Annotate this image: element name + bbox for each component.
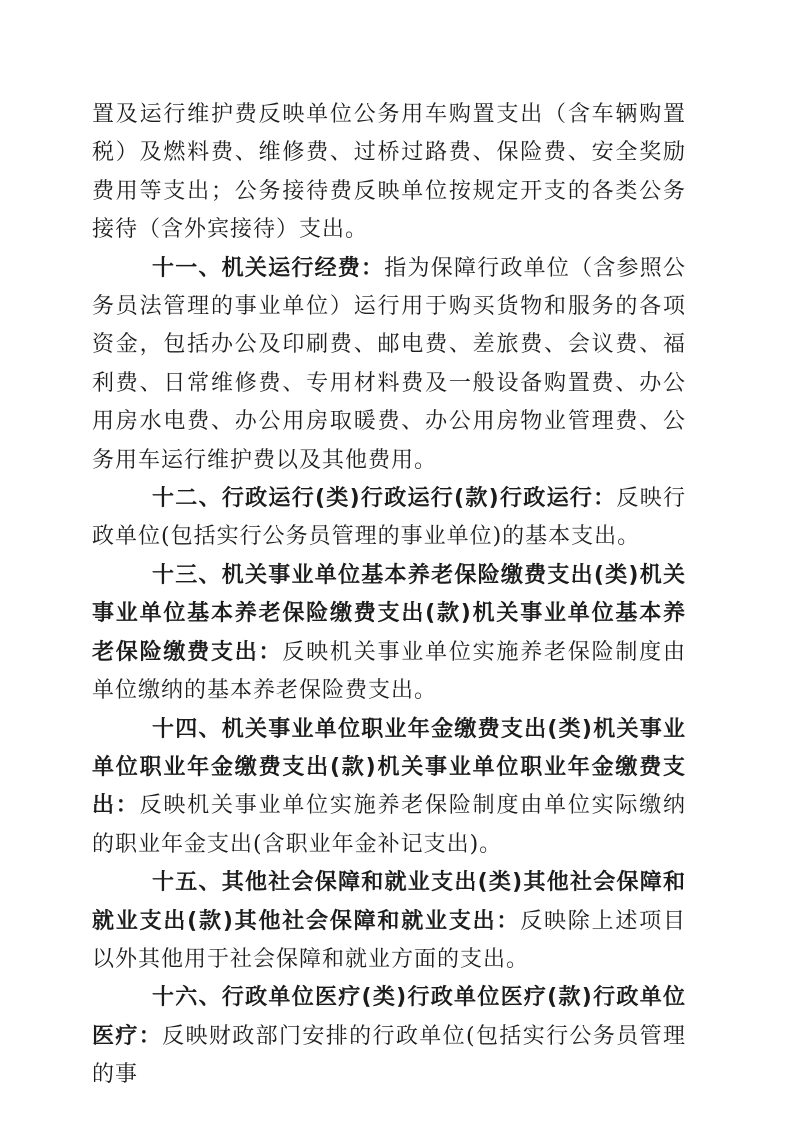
section-11-heading: 十一、机关运行经费： [152, 256, 384, 281]
paragraph-section-11: 十一、机关运行经费：指为保障行政单位（含参照公务员法管理的事业单位）运行用于购买… [92, 250, 686, 480]
section-14-body: 反映机关事业单位实施养老保险制度由单位实际缴纳的职业年金支出(含职业年金补记支出… [92, 793, 686, 856]
paragraph-section-15: 十五、其他社会保障和就业支出(类)其他社会保障和就业支出(款)其他社会保障和就业… [92, 864, 686, 979]
paragraph-carryover: 置及运行维护费反映单位公务用车购置支出（含车辆购置税）及燃料费、维修费、过桥过路… [92, 96, 686, 250]
section-11-body: 指为保障行政单位（含参照公务员法管理的事业单位）运行用于购买货物和服务的各项资金… [92, 256, 686, 473]
paragraph-section-14: 十四、机关事业单位职业年金缴费支出(类)机关事业单位职业年金缴费支出(款)机关事… [92, 711, 686, 865]
section-12-heading: 十二、行政运行(类)行政运行(款)行政运行： [152, 486, 616, 511]
paragraph-section-12: 十二、行政运行(类)行政运行(款)行政运行：反映行政单位(包括实行公务员管理的事… [92, 480, 686, 557]
paragraph-section-13: 十三、机关事业单位基本养老保险缴费支出(类)机关事业单位基本养老保险缴费支出(款… [92, 557, 686, 711]
document-text-block: 置及运行维护费反映单位公务用车购置支出（含车辆购置税）及燃料费、维修费、过桥过路… [92, 96, 686, 1095]
document-page: 置及运行维护费反映单位公务用车购置支出（含车辆购置税）及燃料费、维修费、过桥过路… [0, 0, 793, 1122]
paragraph-section-16: 十六、行政单位医疗(类)行政单位医疗(款)行政单位医疗：反映财政部门安排的行政单… [92, 979, 686, 1094]
paragraph-carryover-body: 置及运行维护费反映单位公务用车购置支出（含车辆购置税）及燃料费、维修费、过桥过路… [92, 102, 686, 242]
section-16-body: 反映财政部门安排的行政单位(包括实行公务员管理的事 [92, 1024, 686, 1087]
